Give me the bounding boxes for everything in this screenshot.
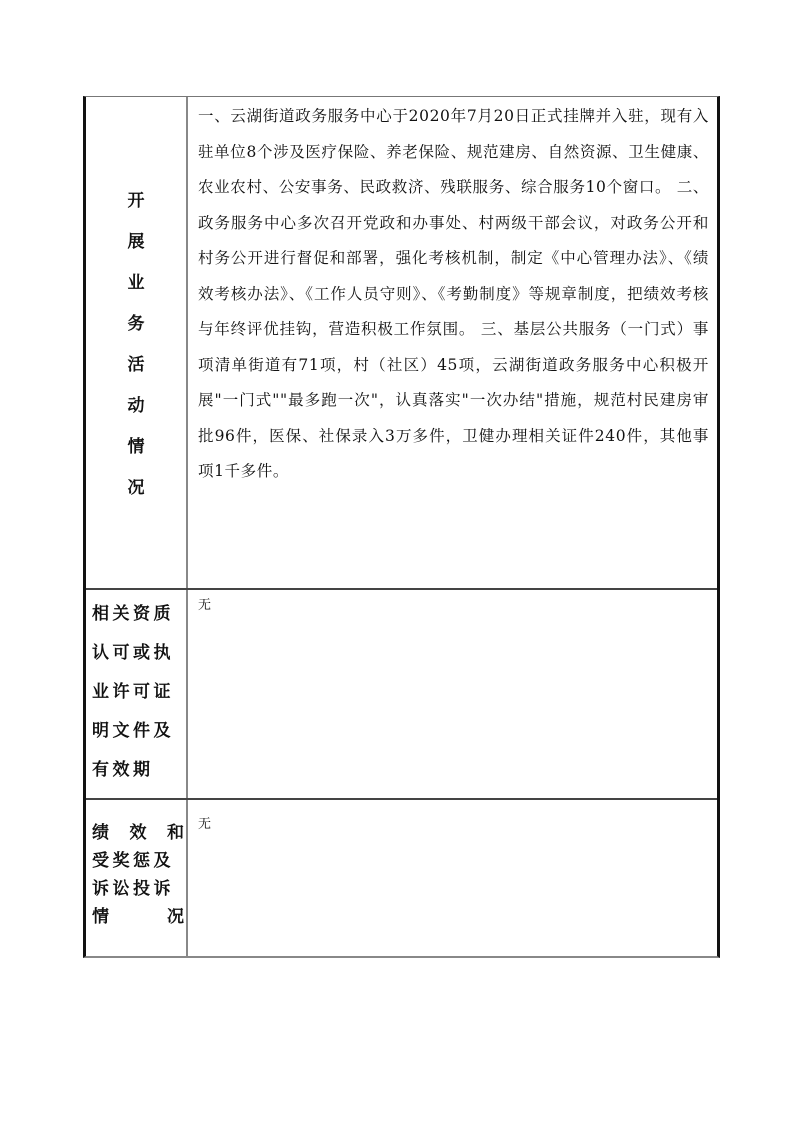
report-table: 开 展 业 务 活 动 情 况 一、云湖街道政务服务中心于2020年7月20日正… (83, 96, 720, 958)
label-line: 相关资质 (92, 595, 182, 634)
label-line: 绩 效 和 (92, 819, 184, 847)
label-line: 业许可证 (92, 673, 182, 712)
label-char: 况 (167, 903, 184, 931)
performance-value: 无 (188, 800, 717, 956)
label-char: 和 (167, 819, 184, 847)
label-qualifications: 相关资质 认可或执 业许可证 明文件及 有效期 (86, 590, 188, 798)
label-char: 动 (128, 386, 145, 427)
label-line: 认可或执 (92, 634, 182, 673)
label-business-activities: 开 展 业 务 活 动 情 况 (86, 97, 188, 588)
table-row-qualifications: 相关资质 认可或执 业许可证 明文件及 有效期 无 (86, 588, 717, 798)
label-line: 诉讼投诉 (92, 875, 182, 903)
business-activities-text: 一、云湖街道政务服务中心于2020年7月20日正式挂牌并入驻，现有入驻单位8个涉… (188, 97, 717, 588)
qualifications-value: 无 (188, 590, 717, 798)
label-char: 业 (128, 263, 145, 304)
label-char: 情 (128, 427, 145, 468)
label-line: 情 况 (92, 903, 184, 931)
label-char: 务 (128, 304, 145, 345)
table-row-performance: 绩 效 和 受奖惩及 诉讼投诉 情 况 无 (86, 798, 717, 956)
table-row-business-activities: 开 展 业 务 活 动 情 况 一、云湖街道政务服务中心于2020年7月20日正… (86, 97, 717, 588)
label-char: 活 (128, 345, 145, 386)
label-char: 展 (128, 222, 145, 263)
label-char: 况 (128, 468, 145, 509)
label-char: 情 (92, 903, 109, 931)
label-char: 开 (128, 181, 145, 222)
label-line: 受奖惩及 (92, 847, 182, 875)
label-line: 有效期 (92, 751, 182, 790)
label-char: 效 (130, 819, 147, 847)
label-char: 绩 (92, 819, 109, 847)
label-performance: 绩 效 和 受奖惩及 诉讼投诉 情 况 (86, 800, 188, 956)
label-line: 明文件及 (92, 712, 182, 751)
